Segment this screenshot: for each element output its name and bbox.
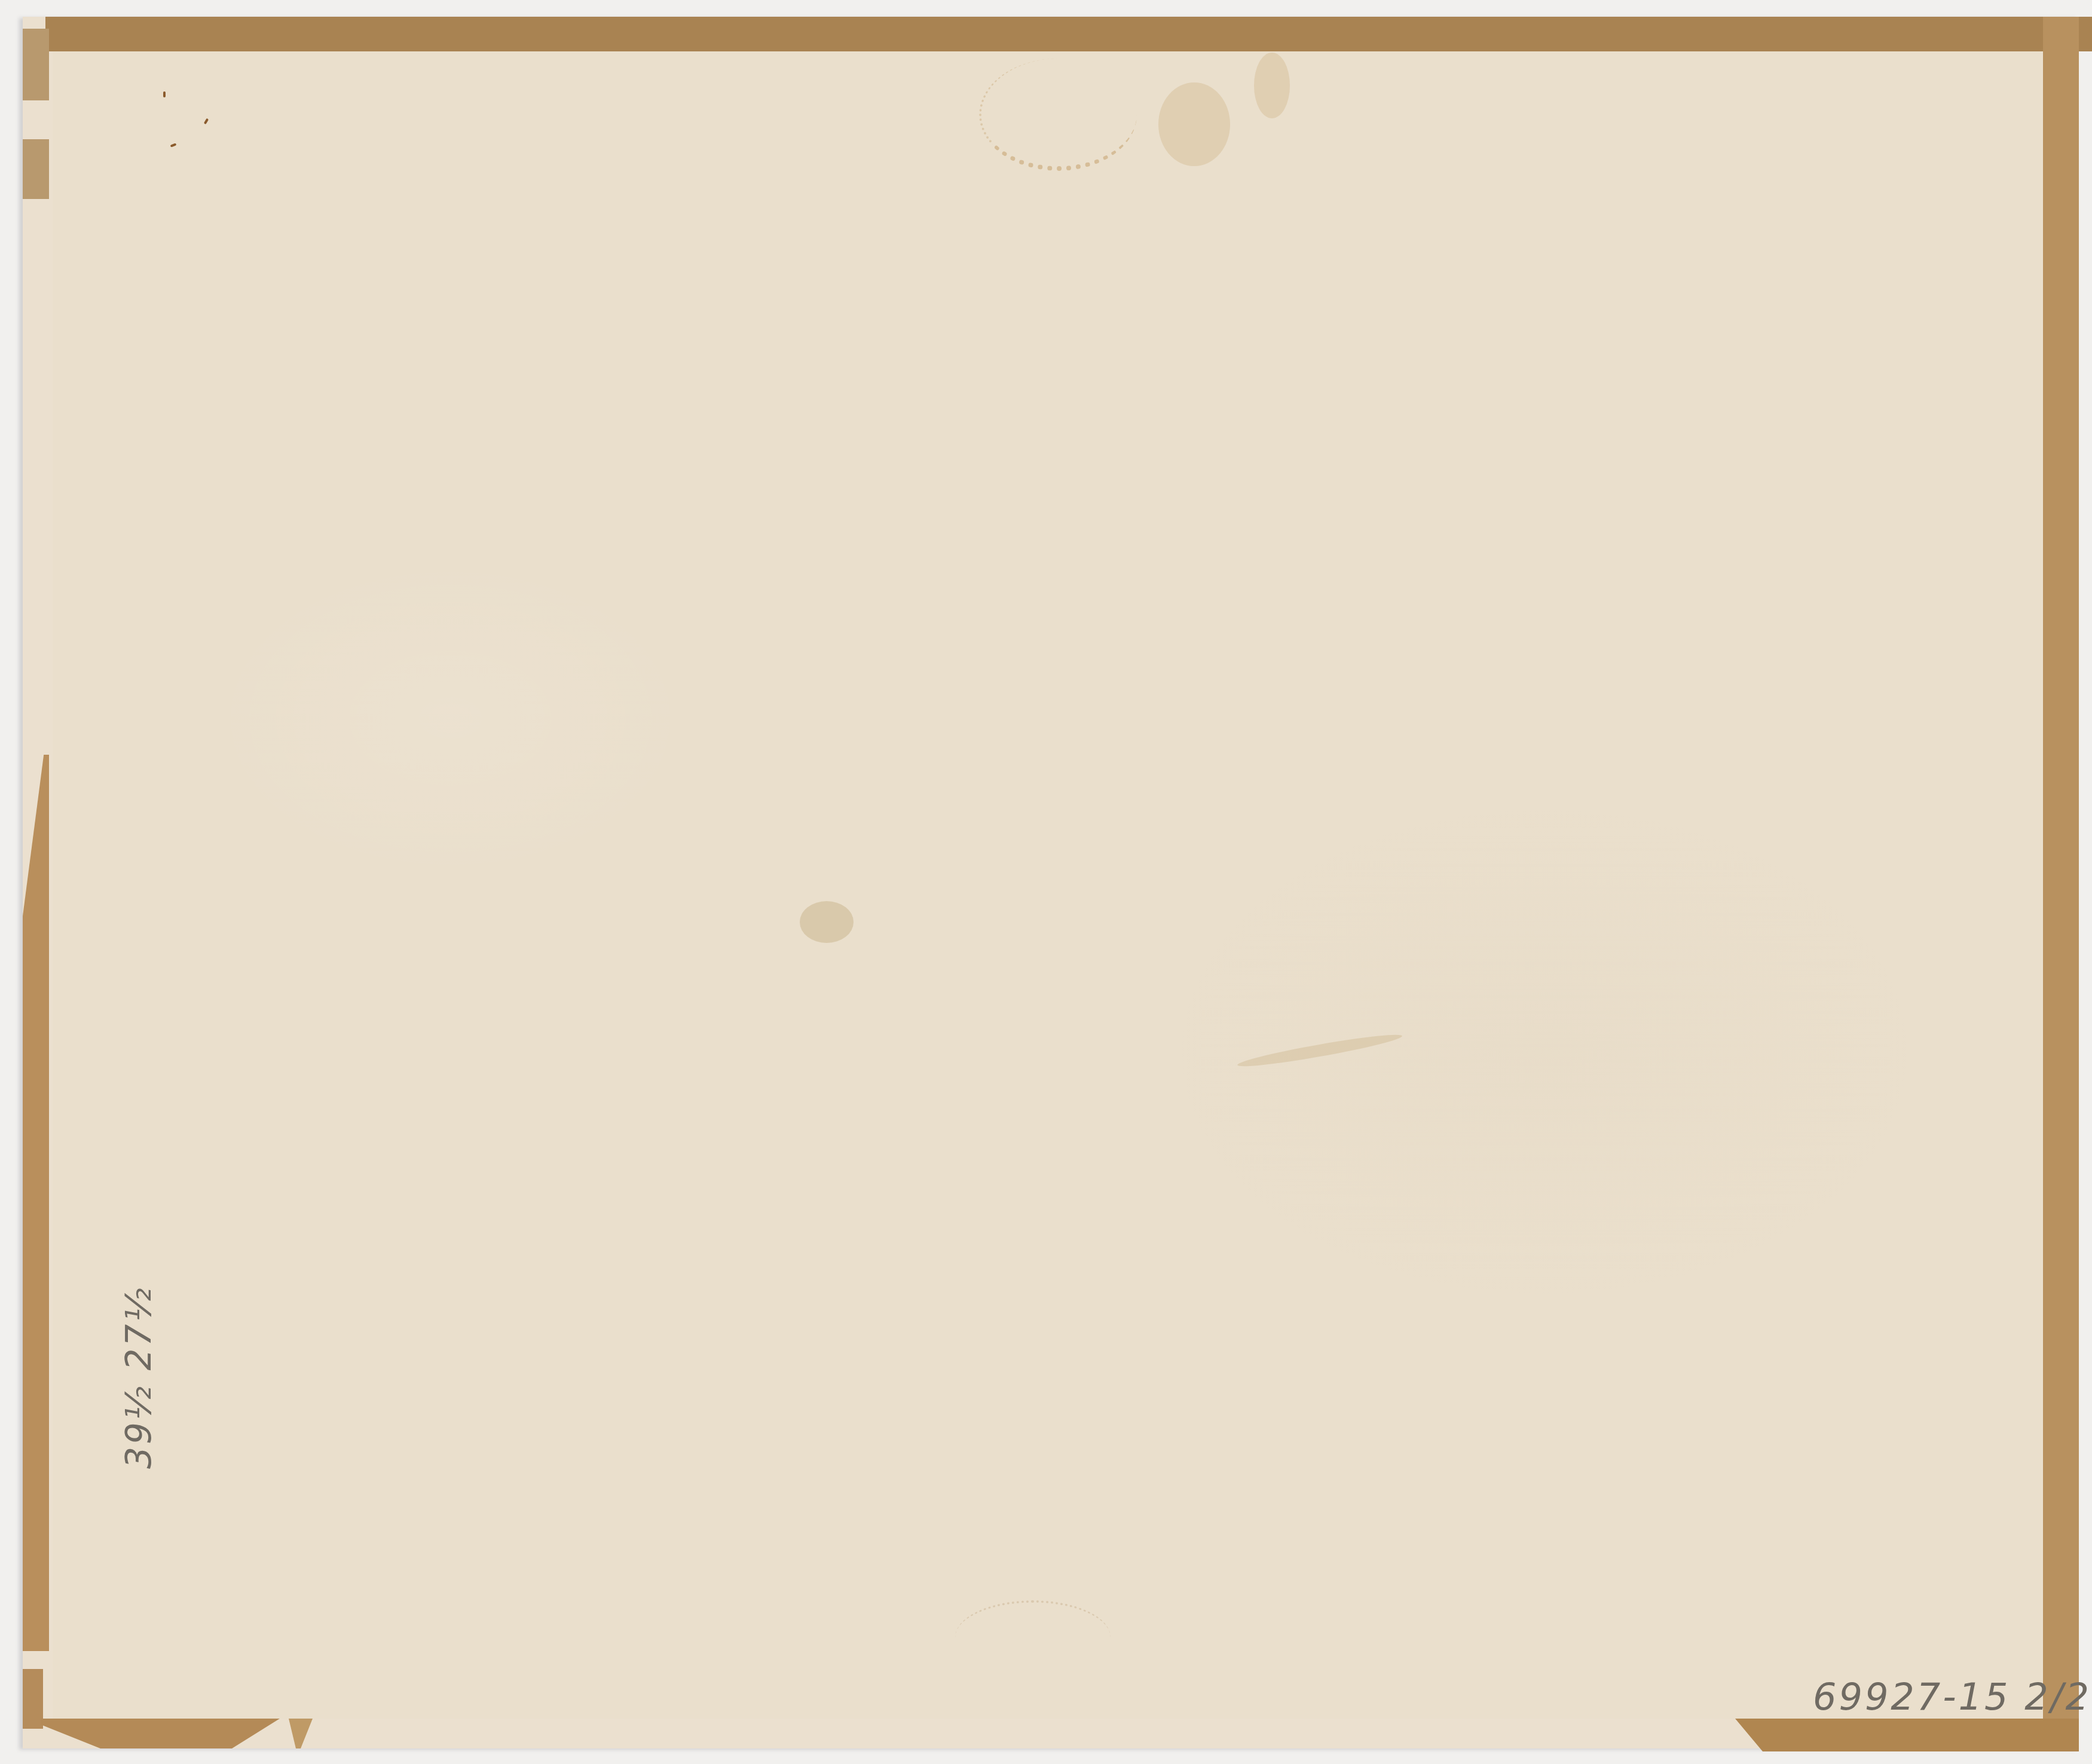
tape-strip-bottom-right xyxy=(1735,1719,2079,1751)
tape-patch-left-upper xyxy=(23,139,49,199)
water-stain-top-blob xyxy=(1158,82,1230,166)
tape-strip-top xyxy=(45,17,2092,51)
paper-sheet: 39½ 27½ 69927-15 2/2 xyxy=(23,17,2079,1748)
water-stain-top-edge xyxy=(1254,53,1290,118)
speck xyxy=(163,91,166,97)
stain-bottom-arc xyxy=(955,1600,1111,1674)
water-stain-top-arc xyxy=(979,59,1137,171)
paper-face xyxy=(53,51,2042,1719)
pencil-inscription-inventory-number: 69927-15 2/2 xyxy=(1813,1675,2091,1719)
tape-strip-right xyxy=(2043,17,2079,1748)
tape-strip-bottom-left xyxy=(41,1719,280,1748)
tape-strip-left xyxy=(23,755,49,1651)
stain-center xyxy=(800,901,854,943)
tape-patch-left-bottom xyxy=(23,1669,43,1729)
pencil-inscription-dimensions: 39½ 27½ xyxy=(118,1286,159,1469)
tape-fragment-bottom xyxy=(289,1719,313,1748)
tape-patch-left-top xyxy=(23,29,49,100)
